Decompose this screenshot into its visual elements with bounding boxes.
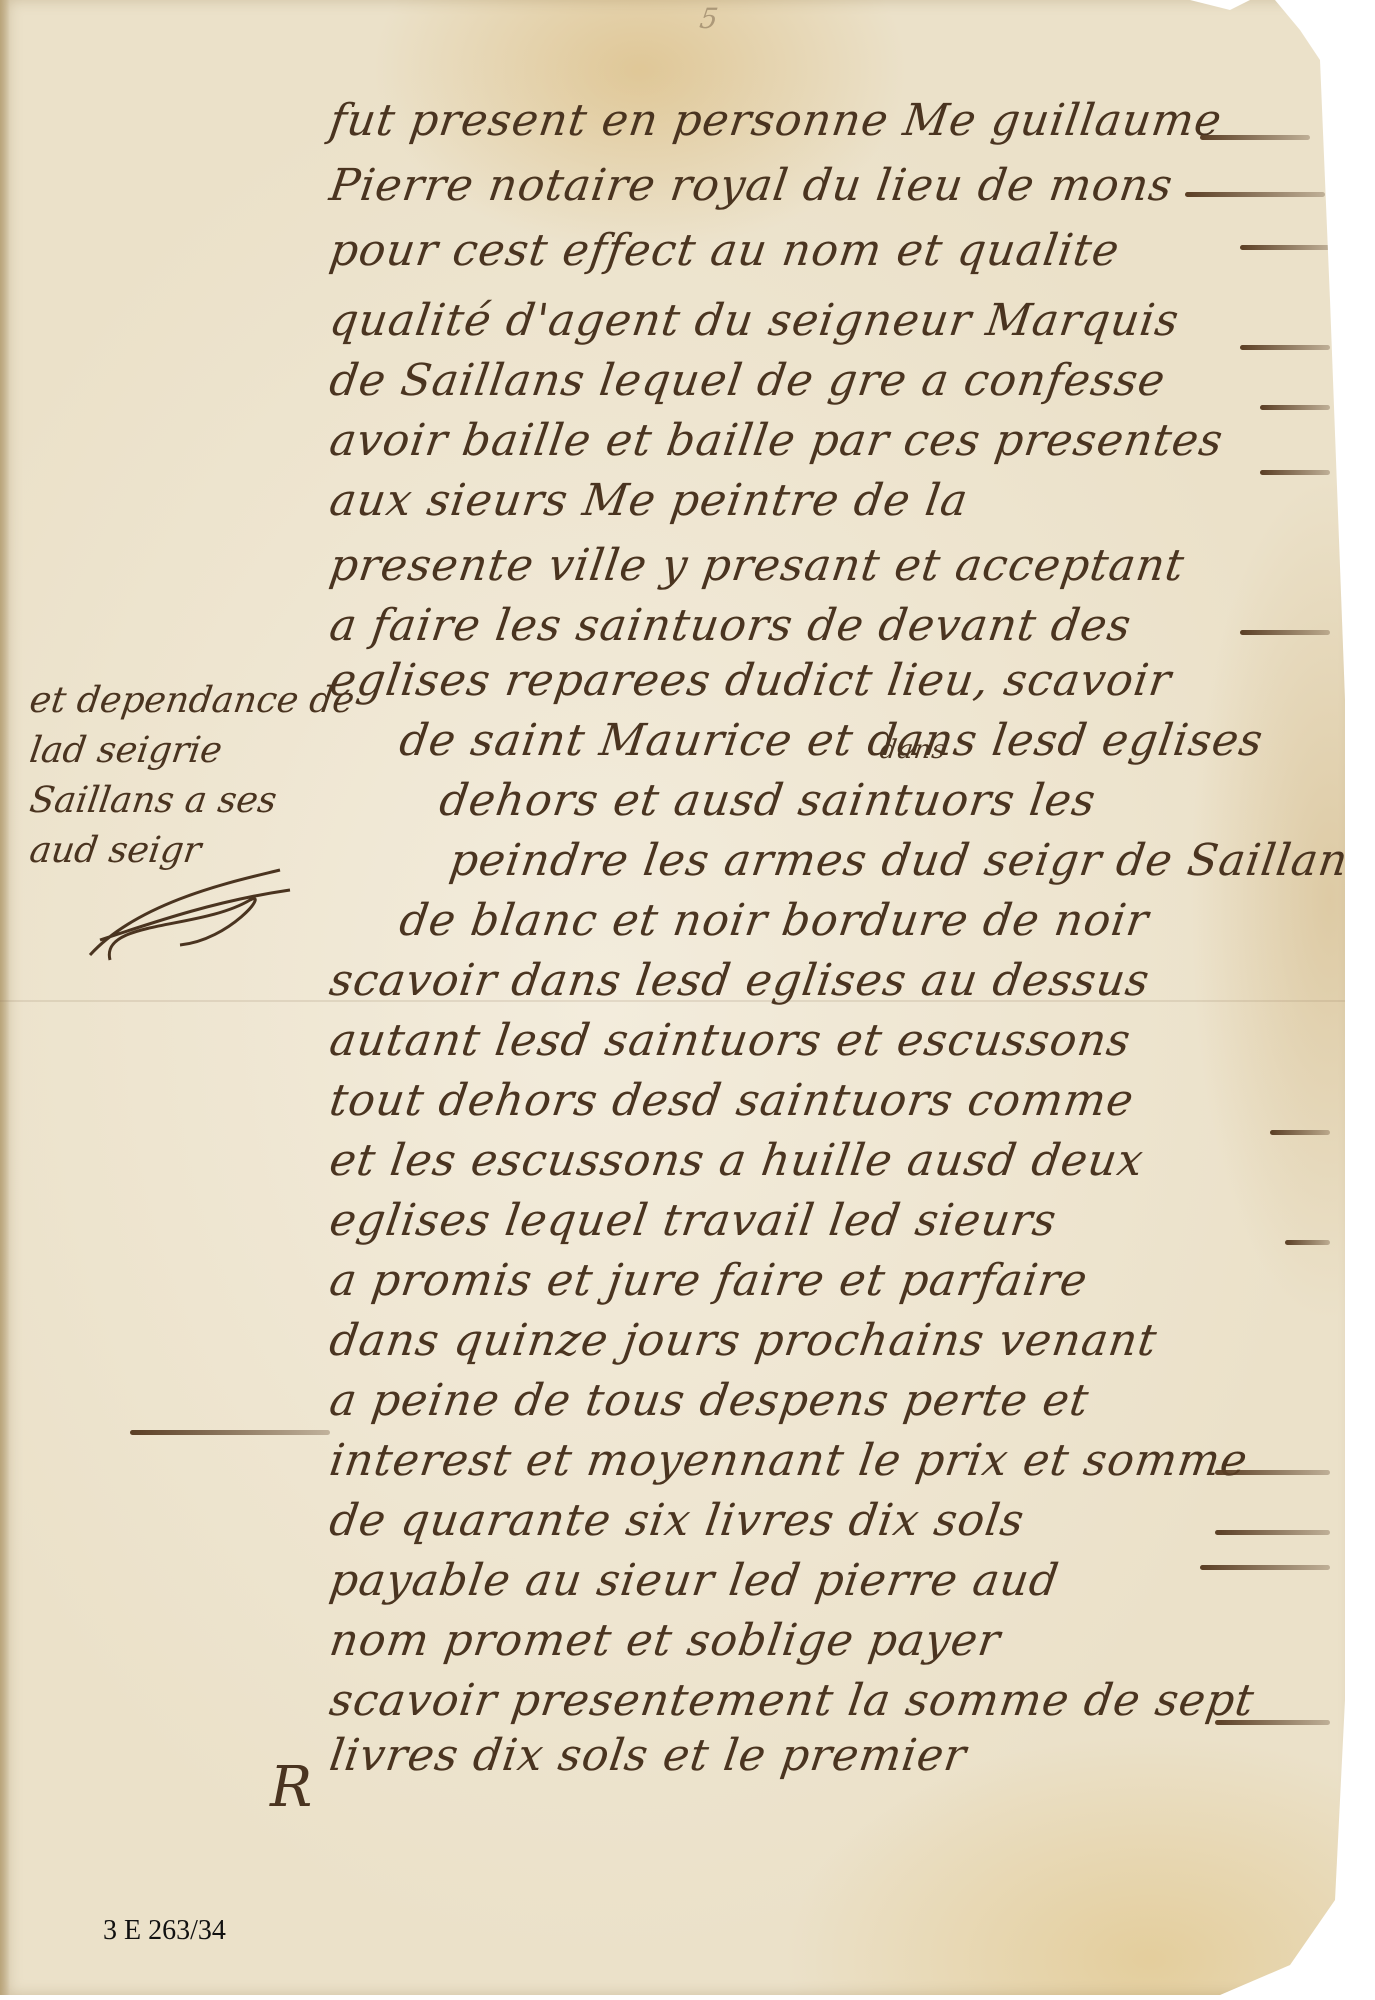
text-line-23: interest et moyennant le prix et somme <box>326 1435 1251 1486</box>
top-page-mark: 5 <box>698 2 721 35</box>
text-line-5: de Saillans lequel de gre a confesse <box>326 355 1168 406</box>
text-line-18: et les escussons a huille ausd deux <box>326 1135 1147 1186</box>
text-line-14: de blanc et noir bordure de noir <box>396 895 1152 946</box>
text-line-27: scavoir presentement la somme de sept <box>326 1675 1257 1726</box>
text-line-16: autant lesd saintuors et escussons <box>326 1015 1134 1066</box>
text-line-7: aux sieurs Me peintre de la <box>326 475 971 526</box>
text-line-8: presente ville y presant et acceptant <box>326 540 1187 591</box>
text-line-13: peindre les armes dud seigr de Saillans <box>446 835 1375 886</box>
text-line-9: a faire les saintuors de devant des <box>326 600 1134 651</box>
paraph-flourish-icon <box>80 860 300 970</box>
final-initial-mark: R <box>270 1755 312 1820</box>
text-line-24: de quarante six livres dix sols <box>326 1495 1027 1546</box>
margin-note-line-3: Saillans a ses <box>27 780 279 821</box>
line-filler-dash <box>1215 1720 1330 1725</box>
line-filler-dash <box>1285 1240 1330 1245</box>
line-filler-dash <box>1260 470 1330 475</box>
line-filler-dash <box>1240 345 1330 350</box>
line-filler-dash <box>1215 1530 1330 1535</box>
line-filler-dash <box>1215 1470 1330 1475</box>
page-binding-edge <box>0 0 10 1995</box>
line-filler-dash <box>1200 1565 1330 1570</box>
manuscript-page: 5 fut present en personne Me guillaume P… <box>0 0 1345 1995</box>
line-filler-dash <box>1240 245 1330 250</box>
line-filler-dash <box>130 1430 330 1435</box>
line-filler-dash <box>1270 1130 1330 1135</box>
text-line-15: scavoir dans lesd eglises au dessus <box>326 955 1153 1006</box>
text-line-22: a peine de tous despens perte et <box>326 1375 1092 1426</box>
text-line-17: tout dehors desd saintuors comme <box>326 1075 1137 1126</box>
text-line-3: pour cest effect au nom et qualite <box>326 225 1122 276</box>
line-filler-dash <box>1200 135 1310 140</box>
text-line-12: dehors et ausd saintuors les <box>436 775 1099 826</box>
text-line-28: livres dix sols et le premier <box>326 1730 969 1781</box>
archive-call-number: 3 E 263/34 <box>103 1915 226 1947</box>
line-filler-dash <box>1240 630 1330 635</box>
text-line-26: nom promet et soblige payer <box>326 1615 1003 1666</box>
text-line-20: a promis et jure faire et parfaire <box>326 1255 1091 1306</box>
text-line-19: eglises lequel travail led sieurs <box>326 1195 1059 1246</box>
text-line-1: fut present en personne Me guillaume <box>326 95 1225 146</box>
text-line-4: qualité d'agent du seigneur Marquis <box>326 295 1182 346</box>
line-filler-dash <box>1185 192 1325 197</box>
margin-note-line-2: lad seigrie <box>27 730 225 771</box>
text-line-10: eglises reparees dudict lieu, scavoir <box>326 655 1174 706</box>
text-line-11: de saint Maurice et dans lesd eglises <box>396 715 1266 766</box>
text-line-25: payable au sieur led pierre aud <box>326 1555 1062 1606</box>
line-filler-dash <box>1260 405 1330 410</box>
text-line-21: dans quinze jours prochains venant <box>326 1315 1160 1366</box>
margin-note-line-1: et dependance de <box>27 680 357 721</box>
text-line-6: avoir baille et baille par ces presentes <box>326 415 1226 466</box>
text-line-2: Pierre notaire royal du lieu de mons <box>326 160 1176 211</box>
